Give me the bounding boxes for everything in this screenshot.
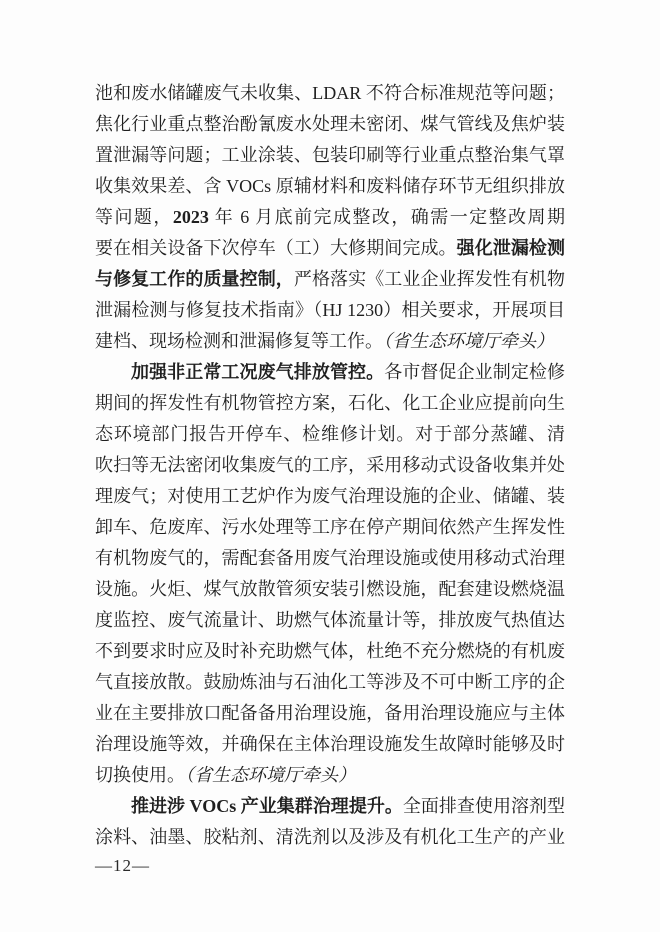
text-line: 期间的挥发性有机物管控方案，石化、化工企业应提前向生 <box>95 388 565 419</box>
text-line: 有机物废气的，需配套备用废气治理设施或使用移动式治理 <box>95 543 565 574</box>
body-text: 严格落实《工业企业挥发性有机物 <box>294 269 565 289</box>
body-text: 卸车、危废库、污水处理等工序在停产期间依然产生挥发性 <box>95 517 565 537</box>
text-line: 治理设施等效，并确保在主体治理设施发生故障时能够及时 <box>95 729 565 760</box>
emphasis-text: 强化泄漏检测 <box>457 238 565 258</box>
text-line: 业在主要排放口配备备用治理设施，备用治理设施应与主体 <box>95 698 565 729</box>
body-text: 切换使用。 <box>95 765 185 785</box>
text-line: 收集效果差、含 VOCs 原辅材料和废料储存环节无组织排放 <box>95 171 565 202</box>
body-text: 池和废水储罐废气未收集、LDAR 不符合标准规范等问题； <box>95 83 565 103</box>
body-text: 业在主要排放口配备备用治理设施，备用治理设施应与主体 <box>95 703 565 723</box>
body-text: 理废气；对使用工艺炉作为废气治理设施的企业、储罐、装 <box>95 486 565 506</box>
body-text: 置泄漏等问题；工业涂装、包装印刷等行业重点整治集气罩 <box>95 145 565 165</box>
text-line: 置泄漏等问题；工业涂装、包装印刷等行业重点整治集气罩 <box>95 140 565 171</box>
text-line: 涂料、油墨、胶粘剂、清洗剂以及涉及有机化工生产的产业 <box>95 822 565 853</box>
body-text: 治理设施等效，并确保在主体治理设施发生故障时能够及时 <box>95 734 565 754</box>
text-line: 切换使用。（省生态环境厅牵头） <box>95 760 565 791</box>
page-number: —12— <box>95 856 150 876</box>
text-line: 吹扫等无法密闭收集废气的工序，采用移动式设备收集并处 <box>95 450 565 481</box>
body-text: 各市督促企业制定检修 <box>384 362 565 382</box>
text-line: 气直接放散。鼓励炼油与石油化工等涉及不可中断工序的企 <box>95 667 565 698</box>
body-text: 要在相关设备下次停车（工）大修期间完成。 <box>95 238 457 258</box>
text-line: 加强非正常工况废气排放管控。各市督促企业制定检修 <box>95 357 565 388</box>
body-text: 不到要求时应及时补充助燃气体，杜绝不充分燃烧的有机废 <box>95 641 565 661</box>
body-text: 气直接放散。鼓励炼油与石油化工等涉及不可中断工序的企 <box>95 672 565 692</box>
text-line: 要在相关设备下次停车（工）大修期间完成。强化泄漏检测 <box>95 233 565 264</box>
text-line: 泄漏检测与修复技术指南》（HJ 1230）相关要求，开展项目 <box>95 295 565 326</box>
text-line: 不到要求时应及时补充助燃气体，杜绝不充分燃烧的有机废 <box>95 636 565 667</box>
text-line: 态环境部门报告开停车、检维修计划。对于部分蒸罐、清洗、 <box>95 419 565 450</box>
attribution-text: （省生态环境厅牵头） <box>185 765 356 785</box>
body-text: 设施。火炬、煤气放散管须安装引燃设施，配套建设燃烧温 <box>95 579 565 599</box>
body-text: 建档、现场检测和泄漏修复等工作。 <box>95 331 383 351</box>
document-body: 池和废水储罐废气未收集、LDAR 不符合标准规范等问题；焦化行业重点整治酚氰废水… <box>95 78 565 853</box>
body-text: 收集效果差、含 VOCs 原辅材料和废料储存环节无组织排放 <box>95 176 565 196</box>
emphasis-text: 与修复工作的质量控制， <box>95 269 294 289</box>
body-text: 泄漏检测与修复技术指南》（HJ 1230）相关要求，开展项目 <box>95 300 565 320</box>
text-line: 池和废水储罐废气未收集、LDAR 不符合标准规范等问题； <box>95 78 565 109</box>
body-text: 吹扫等无法密闭收集废气的工序，采用移动式设备收集并处 <box>95 455 565 475</box>
body-text: 期间的挥发性有机物管控方案，石化、化工企业应提前向生 <box>95 393 565 413</box>
body-text: 态环境部门报告开停车、检维修计划。对于部分蒸罐、清洗、 <box>95 424 565 450</box>
attribution-text: （省生态环境厅牵头） <box>383 331 554 351</box>
text-line: 与修复工作的质量控制，严格落实《工业企业挥发性有机物 <box>95 264 565 295</box>
text-line: 建档、现场检测和泄漏修复等工作。（省生态环境厅牵头） <box>95 326 565 357</box>
body-text: 度监控、废气流量计、助燃气体流量计等，排放废气热值达 <box>95 610 565 630</box>
emphasis-text: 加强非正常工况废气排放管控。 <box>131 362 384 382</box>
text-line: 设施。火炬、煤气放散管须安装引燃设施，配套建设燃烧温 <box>95 574 565 605</box>
text-line: 推进涉 VOCs 产业集群治理提升。全面排查使用溶剂型 <box>95 791 565 822</box>
body-text: 全面排查使用溶剂型 <box>403 796 565 816</box>
text-line: 卸车、危废库、污水处理等工序在停产期间依然产生挥发性 <box>95 512 565 543</box>
document-page: 池和废水储罐废气未收集、LDAR 不符合标准规范等问题；焦化行业重点整治酚氰废水… <box>0 0 660 932</box>
text-line: 等问题，2023 年 6 月底前完成整改，确需一定整改周期的， <box>95 202 565 233</box>
body-text: 有机物废气的，需配套备用废气治理设施或使用移动式治理 <box>95 548 565 568</box>
body-text: 焦化行业重点整治酚氰废水处理未密闭、煤气管线及焦炉装 <box>95 114 565 134</box>
text-line: 理废气；对使用工艺炉作为废气治理设施的企业、储罐、装 <box>95 481 565 512</box>
text-line: 度监控、废气流量计、助燃气体流量计等，排放废气热值达 <box>95 605 565 636</box>
body-text: 等问题， <box>95 207 173 227</box>
body-text: 涂料、油墨、胶粘剂、清洗剂以及涉及有机化工生产的产业 <box>95 827 565 847</box>
emphasis-text: 2023 <box>173 207 209 227</box>
emphasis-text: 推进涉 VOCs 产业集群治理提升。 <box>131 796 403 816</box>
text-line: 焦化行业重点整治酚氰废水处理未密闭、煤气管线及焦炉装 <box>95 109 565 140</box>
